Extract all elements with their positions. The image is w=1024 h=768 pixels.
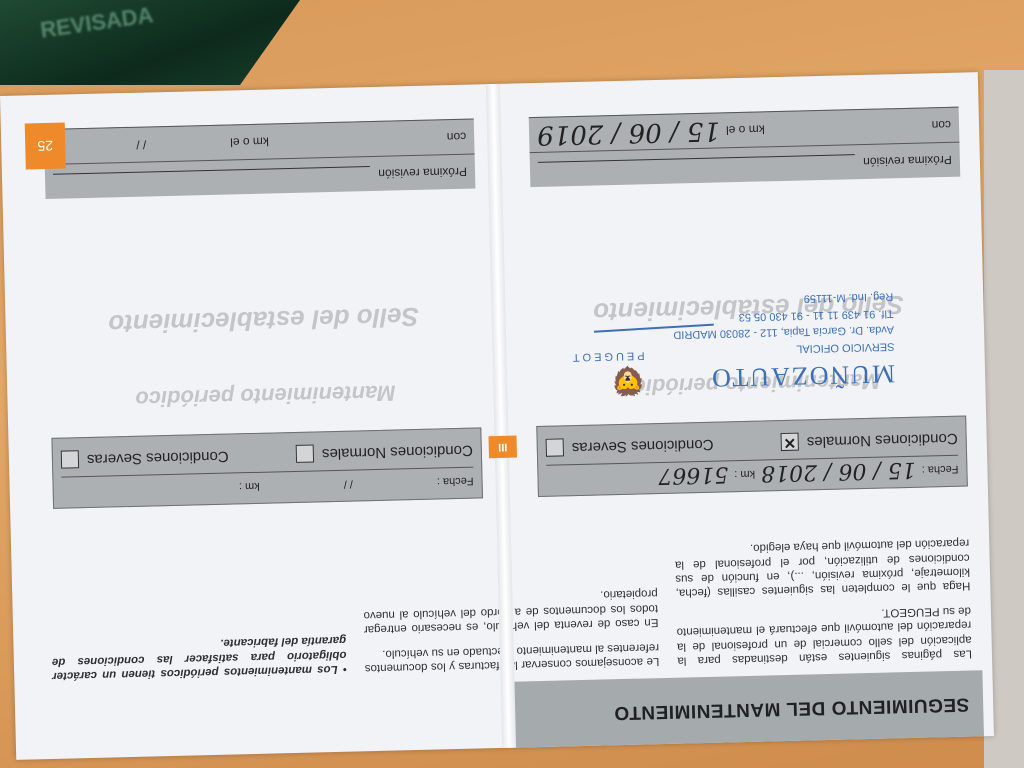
chapter-tab: III [488,436,517,459]
checkbox-icon[interactable] [546,438,564,456]
condiciones-normales[interactable]: Condiciones Normales✕ [781,429,958,451]
page-number: 25 [25,122,66,169]
fecha-value[interactable]: 15 / 06 / 2018 [761,457,916,486]
bullet-note: • Los mantenimientos periódicos tienen u… [51,633,347,683]
paragraph: Haga que le completen las siguientes cas… [674,536,970,601]
stamp-peugeot: PEUGEOT [570,347,645,365]
condiciones-severas[interactable]: Condiciones Severas [546,435,714,457]
proxima-value[interactable]: 15 / 06 / 2019 [537,115,721,149]
stamp-brand: MUÑOZAUTO [674,354,896,398]
next-revision-box: Próxima revisión con km o el 15 / 06 / 2… [529,107,961,187]
checkbox-checked-icon[interactable]: ✕ [781,433,799,451]
proxima-label: Próxima revisión [863,153,952,169]
fecha-label: Fecha : [437,475,474,488]
peugeot-lion-icon: 🦁 [610,359,646,402]
con-label: con [447,130,467,144]
page-title: SEGUIMIENTO DEL MANTENIMIENTO [614,693,970,724]
condiciones-normales[interactable]: Condiciones Normales [296,441,473,463]
fecha-value[interactable]: / / [260,475,438,491]
proxima-label: Próxima revisión [378,165,467,181]
form-header-box: Fecha : / / km : Condiciones Normales Co… [51,427,483,508]
text-column-1: Las páginas siguientes están destinadas … [674,526,972,668]
km-value[interactable]: 51667 [658,462,729,489]
dealer-stamp: MUÑOZAUTO 🦁 PEUGEOT SERVICIO OFICIAL Avd… [672,288,895,398]
manual-page: SEGUIMIENTO DEL MANTENIMIENTO Las página… [0,72,994,760]
km-label: km : [734,468,755,481]
km-label: km : [239,480,260,493]
next-revision-box: Próxima revisión con km o el / / [44,118,476,198]
maintenance-form-1: Fecha : 15 / 06 / 2018 km : 51667 Condic… [529,107,968,497]
ghost-subtitle: Sello del establecimiento [48,301,479,339]
checkbox-icon[interactable] [61,450,79,468]
km-o-el-label: km o el [726,122,765,137]
section-header: SEGUIMIENTO DEL MANTENIMIENTO [512,670,983,747]
checkbox-icon[interactable] [296,444,314,462]
text-column-3: • Los mantenimientos periódicos tienen u… [49,541,347,683]
maintenance-form-2: Fecha : / / km : Condiciones Normales Co… [44,118,483,508]
con-label: con [931,118,951,132]
paragraph: Las páginas siguientes están destinadas … [676,603,972,668]
proxima-value[interactable]: / / [52,135,230,153]
form-header-box: Fecha : 15 / 06 / 2018 km : 51667 Condic… [536,416,968,497]
km-o-el-label: km o el [230,134,269,149]
condiciones-severas[interactable]: Condiciones Severas [61,447,229,469]
flipped-content: SEGUIMIENTO DEL MANTENIMIENTO Las página… [0,72,994,760]
ghost-title: Mantenimiento periódico [50,377,481,413]
km-value[interactable] [62,486,239,490]
fecha-label: Fecha : [922,463,959,476]
